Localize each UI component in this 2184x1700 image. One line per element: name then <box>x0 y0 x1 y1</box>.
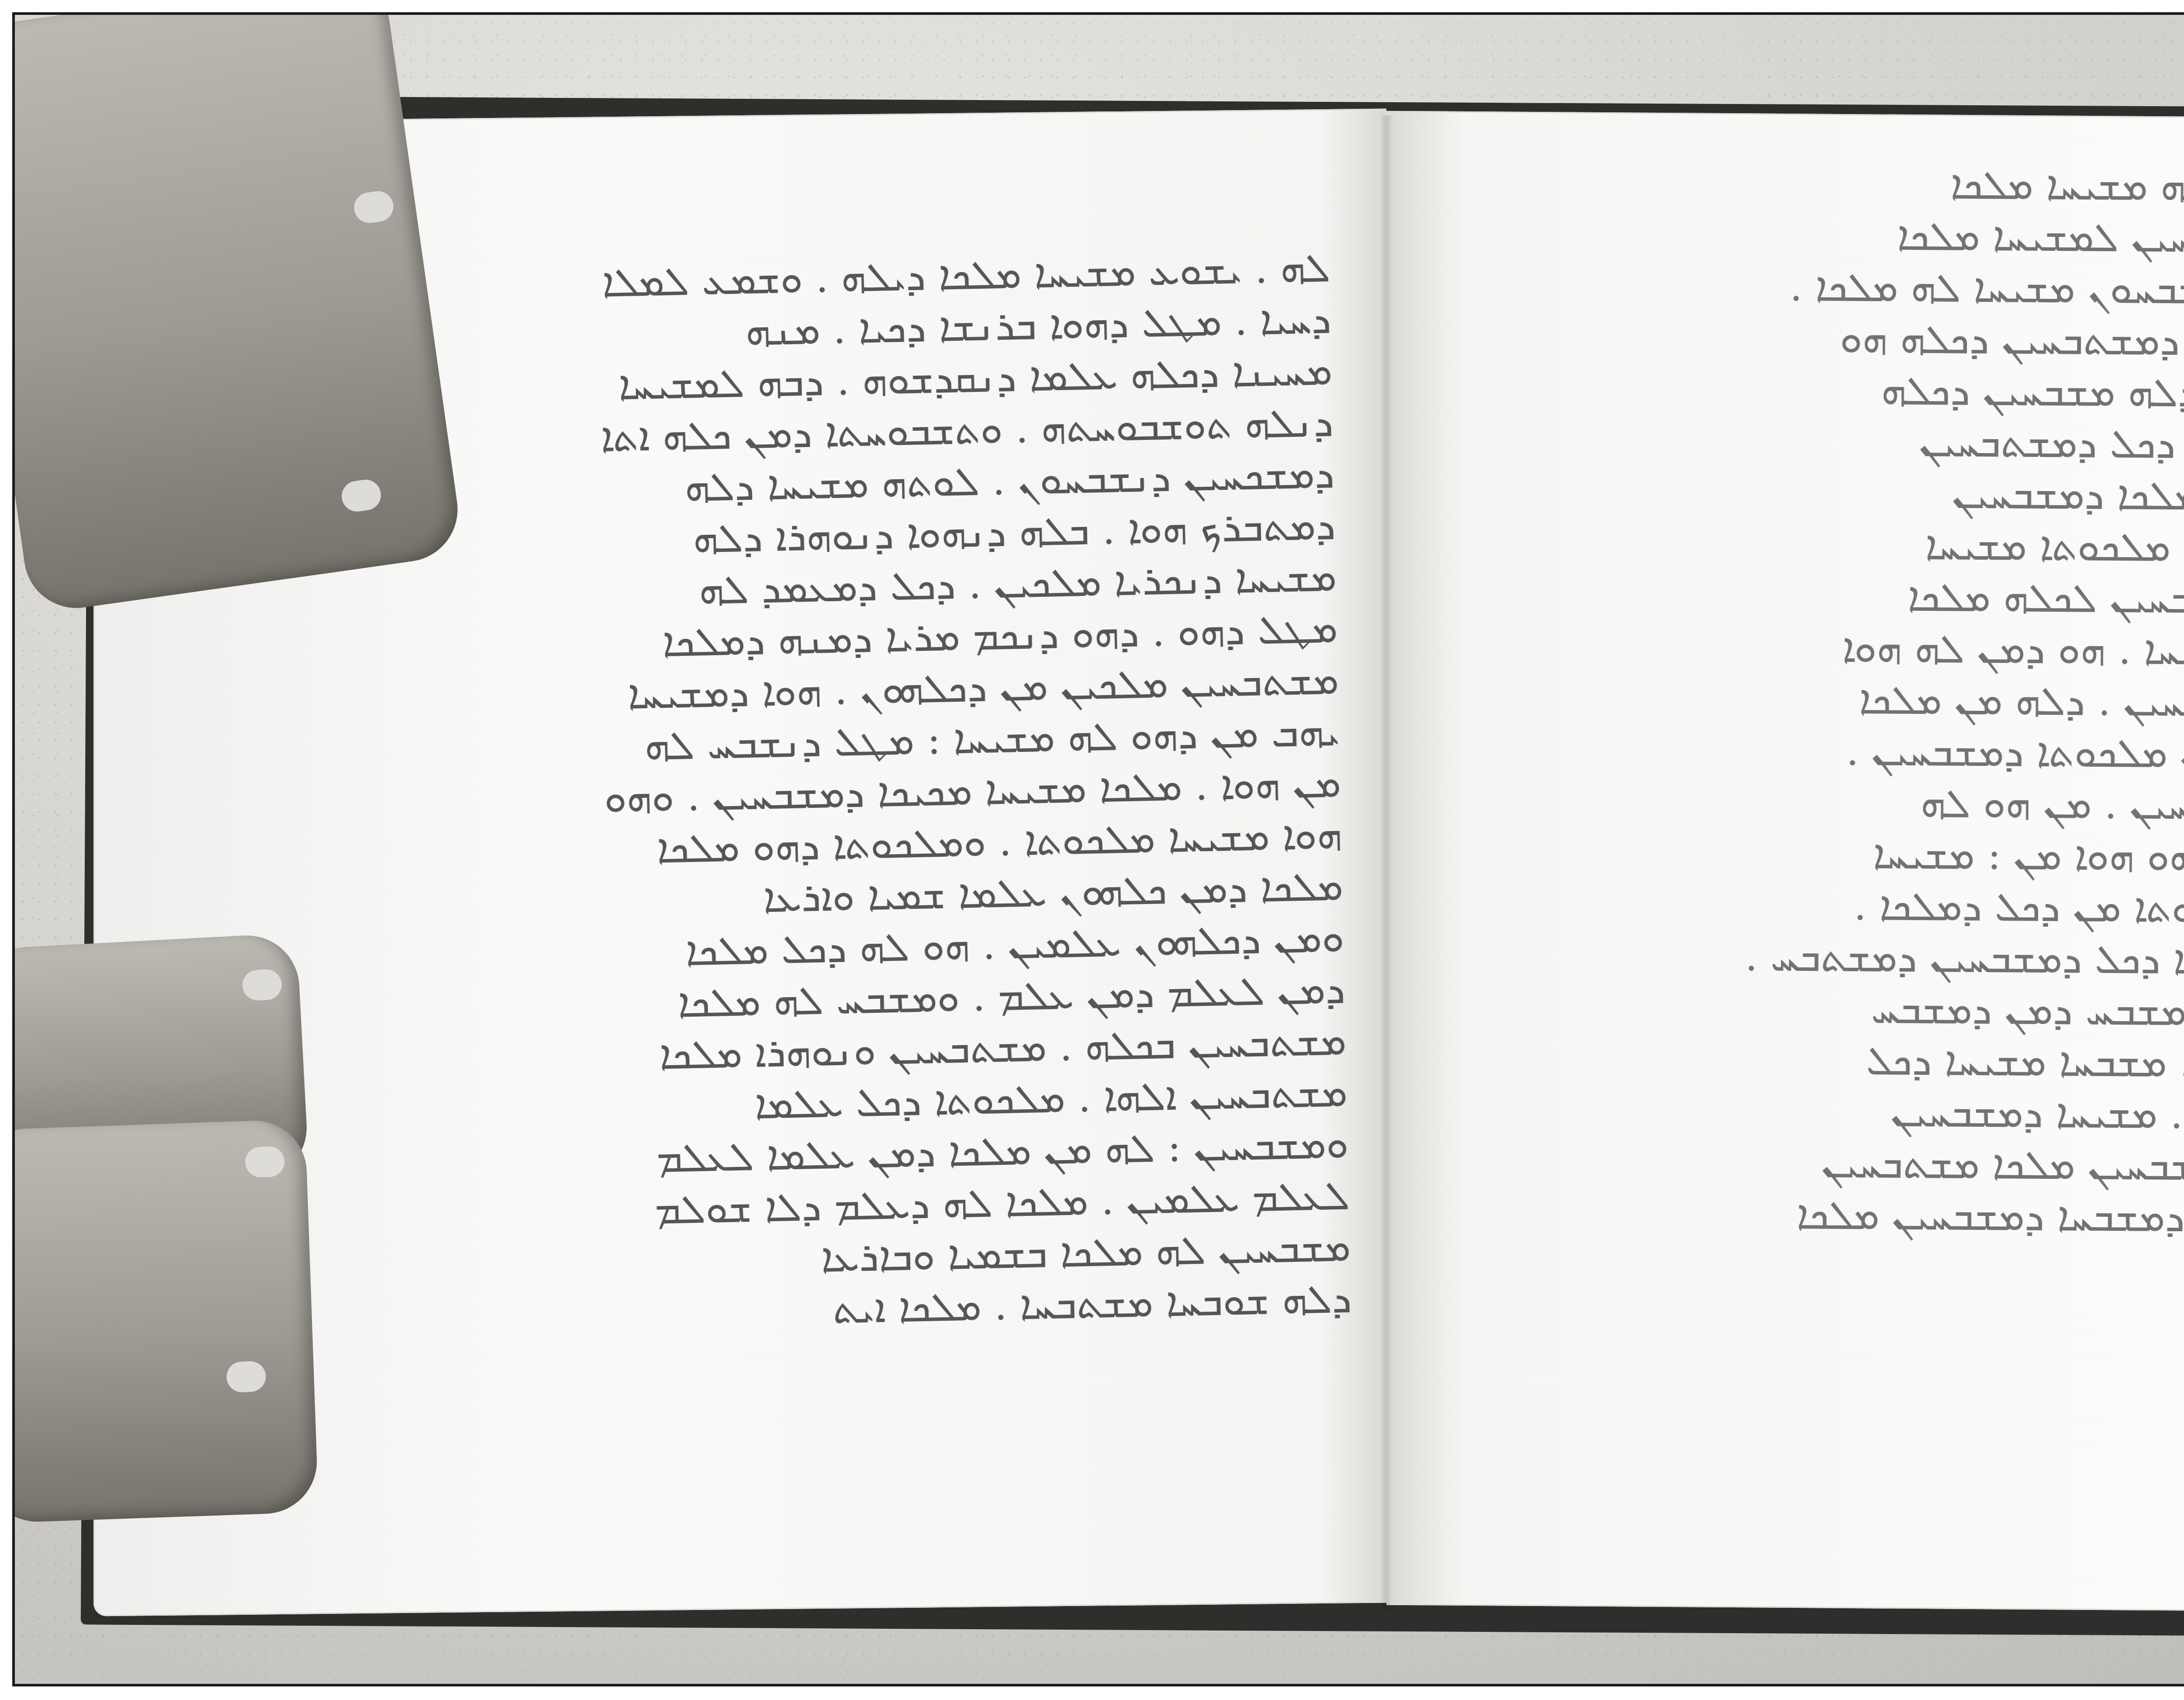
manuscript-line: ܘܡܫܒܚܝܢ ܕܟܠܗ ܗܘܐ . ܕܡܫܬܒܚܝܢ ܕܟܠܗ ܗܘ <box>1586 312 2184 370</box>
manuscript-line: ܡܢ ܕܡܢ ܟܠܗܘܢ ܕܡܫܒܚܝܢ . ܡܢ ܗܘ ܠܗ <box>1583 776 2184 834</box>
fingernail <box>245 1146 285 1178</box>
photo-frame: ܠܗ . ܝܫܘܥ ܡܫܝܚܐ ܡܠܟܐ ܕܝܠܗ . ܘܫܡܥ ܠܡܠܐ ܕܚ… <box>12 12 2184 1686</box>
manuscript-line: ܕܢܘܗܪ ܟܠܗ ܥܠܡܐ ܕܝܠܗ ܡܫܝܚܐ ܡܠܟܐ <box>1587 157 2184 215</box>
manuscript-line: ܥܠܡܐ ܡܫܒܚܐ ܠܗ . ܡܢ ܕܟܠ ܕܡܫܬܒܚܝܢ <box>1585 415 2184 473</box>
manuscript-line: ܐܬܬܚܝ . ܡܢ ܟܠ ܕܡܫܒܚܝܢ ܠܡܫܝܚܐ ܡܠܟܐ <box>1586 208 2184 267</box>
manuscript-line: ܡܫܒܚ . ܘܗܘ ܕܡܫܒܚ ܕܡܫܒܚܐ ܕܡܫܒܚܝܢ ܡܠܟܐ <box>1580 1188 2184 1246</box>
manuscript-line: ܠܗ <box>1579 1240 2184 1298</box>
manuscript-line: ܕܡܫܬܒܚ ܡܢ ܐܠܗܐ ܕܢܫܒܚܘܢ ܡܫܝܚܐ ܠܗ ܡܠܟܐ . <box>1586 260 2184 318</box>
hand-bottom-left <box>12 1119 318 1523</box>
manuscript-line: ܗܘ ܡܫܝܚܐ ܕܡܠܟܐ . ܡܢ ܡܠܟܘܬܐ ܕܡܫܒܚܝܢ . <box>1583 724 2184 782</box>
manuscript-line: ܕܟܠܗܘܢ . ܕܡܫܒܚ ܡܫܝܚܐ . ܗܘ ܕܡܢ ܠܗ ܗܘܐ <box>1584 621 2184 679</box>
fingernail <box>242 969 283 1001</box>
manuscript-line: ܡܠܟܐ ܡܫܝܚܐ ܕܡܫܒܚܝܢ ܡܠܟܘܬܐ ܡܫܝܚܐ <box>1584 518 2184 576</box>
fingernail <box>352 189 395 225</box>
manuscript-line: ܡܢ ܠܗ ܡܫܝܚܐ ܗܘܐ . ܕܡܫܒܚ ܕܡܢ ܕܡܫܒܚ <box>1581 982 2184 1040</box>
manuscript-line: ܗܘܐ . ܠܗܘܢ ܕܟܠ ܡܫܬܒܚܝܢ ܠܟܠܗ ܡܠܟܐ <box>1584 569 2184 627</box>
manuscript-line: ܠܗ : ܕܡܫܒܚܝܢ ܡܠܟܐ . ܡܫܒܚܐ ܡܫܝܚܐ ܕܟܠ <box>1581 1033 2184 1091</box>
manuscript-line: ܘܡܫܒܚ ܠܗ ܡܠܟܐ : ܡܫܒܚܝܢ ܡܠܟܐ ܡܫܬܒܚܝܢ <box>1580 1136 2184 1195</box>
fingernail <box>340 478 383 513</box>
manuscript-line: ܡܠܟܐ ܕܡܫܒܚܝܢ . ܗܘܐ . ܡܫܝܚܐ ܕܡܫܒܚܝܢ <box>1580 1085 2184 1143</box>
manuscript-line: ܠܗ ܫܘܒܚܐ . ܥܠ ܕܡܫܒܚܝܢ . ܕܠܗ ܡܢ ܡܠܟܐ <box>1583 672 2184 731</box>
fingernail <box>226 1361 266 1393</box>
manuscript-line: ܕܟܠ ܡܫܬܒܚܐ : ܗܘܐ . ܕܠܗ ܡܫܒܚܝܢ ܕܟܠܗ <box>1586 363 2184 421</box>
book-gutter <box>1380 115 1393 1610</box>
left-page-text: ܠܗ . ܝܫܘܥ ܡܫܝܚܐ ܡܠܟܐ ܕܝܠܗ . ܘܫܡܥ ܠܡܠܐ ܕܚ… <box>587 242 1352 1340</box>
manuscript-line: ܡܫܒܚܝܢ ܕܡܢ ܟܠܗܘܢ ܡܠܟܐ ܕܡܫܒܚܝܢ <box>1585 466 2184 524</box>
manuscript-line: ܡܫܝܚܐ . ܡܫܬܒܚܐ ܠܗ ܗܘ ܗܘܐ ܡܢ : ܡܫܝܚܐ <box>1583 827 2184 885</box>
hand-top-left <box>12 12 464 615</box>
manuscript-line: ܘ ܡܢ ܡܫܬܒܚܝܢ ܕܡܠܟܐ ܕܟܠ ܕܡܫܒܚܝܢ ܕܡܫܬܒܚ . <box>1582 930 2184 988</box>
right-page-text: ܕܢܘܗܪ ܟܠܗ ܥܠܡܐ ܕܝܠܗ ܡܫܝܚܐ ܡܠܟܐ ܐܬܬܚܝ . ܡ… <box>1579 157 2184 1298</box>
manuscript-line: ܕܡܫܒܚ ܗܘ ܟܠ . ܡܠܟܘܬܐ ܡܢ ܕܟܠ ܕܡܠܟܐ . <box>1582 879 2184 937</box>
